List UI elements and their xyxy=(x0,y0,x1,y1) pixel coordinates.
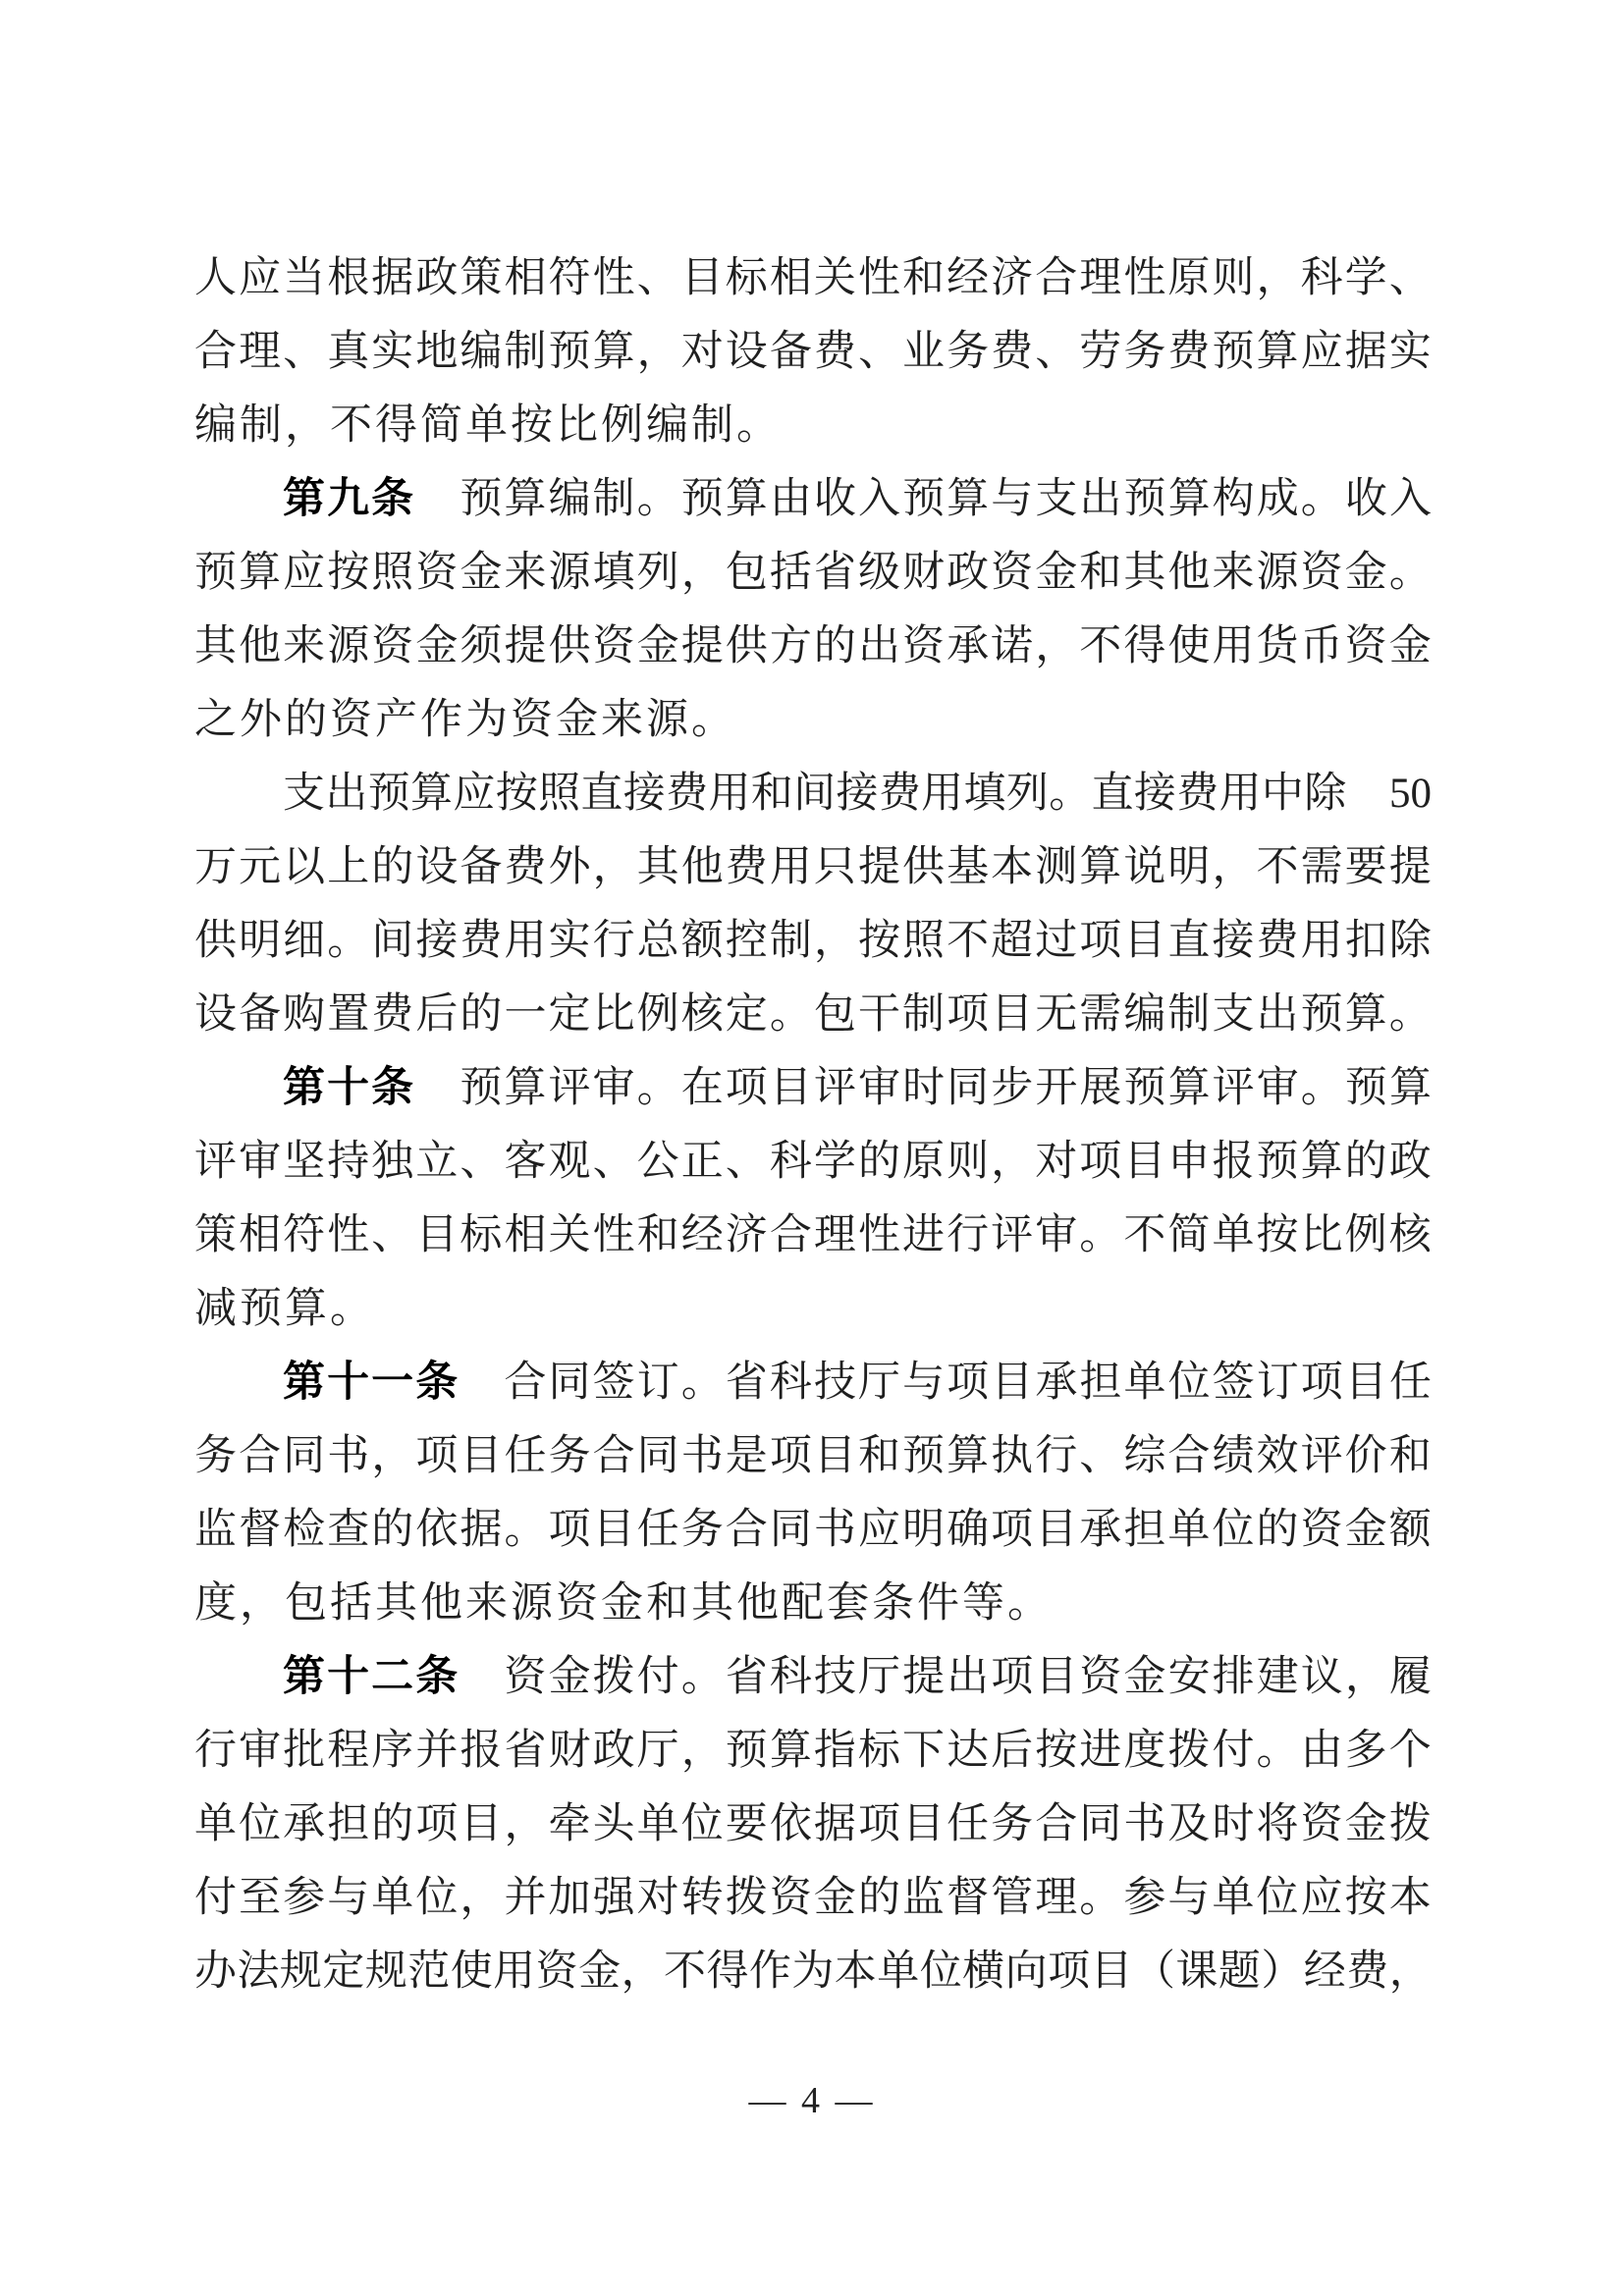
text-line: 单位承担的项目，牵头单位要依据项目任务合同书及时将资金拨 xyxy=(194,1788,1432,1861)
text-line: 之外的资产作为资金来源。 xyxy=(194,683,1432,757)
text-line: 第九条 预算编制。预算由收入预算与支出预算构成。收入 xyxy=(194,462,1432,536)
text-line: 办法规定规范使用资金，不得作为本单位横向项目（课题）经费， xyxy=(194,1935,1432,2008)
text-line: 减预算。 xyxy=(194,1272,1432,1346)
text-line: 度，包括其他来源资金和其他配套条件等。 xyxy=(194,1567,1432,1640)
page-number: — 4 — xyxy=(749,2080,876,2121)
text-line: 编制，不得简单按比例编制。 xyxy=(194,389,1432,462)
text-line: 付至参与单位，并加强对转拨资金的监督管理。参与单位应按本 xyxy=(194,1861,1432,1935)
text-line: 第十条 预算评审。在项目评审时同步开展预算评审。预算 xyxy=(194,1051,1432,1125)
text-line: 万元以上的设备费外，其他费用只提供基本测算说明，不需要提 xyxy=(194,830,1432,904)
text-line: 策相符性、目标相关性和经济合理性进行评审。不简单按比例核 xyxy=(194,1199,1432,1272)
text-line: 预算应按照资金来源填列，包括省级财政资金和其他来源资金。 xyxy=(194,536,1432,610)
text-line: 供明细。间接费用实行总额控制，按照不超过项目直接费用扣除 xyxy=(194,904,1432,978)
page-footer: — 4 — xyxy=(0,2079,1624,2122)
text-line: 支出预算应按照直接费用和间接费用填列。直接费用中除 50 xyxy=(194,757,1432,830)
text-line: 评审坚持独立、客观、公正、科学的原则，对项目申报预算的政 xyxy=(194,1125,1432,1199)
document-page: 人应当根据政策相符性、目标相关性和经济合理性原则，科学、合理、真实地编制预算，对… xyxy=(0,0,1624,2296)
text-line: 设备购置费后的一定比例核定。包干制项目无需编制支出预算。 xyxy=(194,978,1432,1051)
text-line: 行审批程序并报省财政厅，预算指标下达后按进度拨付。由多个 xyxy=(194,1714,1432,1788)
text-line: 人应当根据政策相符性、目标相关性和经济合理性原则，科学、 xyxy=(194,241,1432,315)
text-line: 务合同书，项目任务合同书是项目和预算执行、综合绩效评价和 xyxy=(194,1419,1432,1493)
text-block: 人应当根据政策相符性、目标相关性和经济合理性原则，科学、合理、真实地编制预算，对… xyxy=(194,241,1432,2008)
text-line: 合理、真实地编制预算，对设备费、业务费、劳务费预算应据实 xyxy=(194,315,1432,389)
text-line: 监督检查的依据。项目任务合同书应明确项目承担单位的资金额 xyxy=(194,1493,1432,1567)
text-line: 其他来源资金须提供资金提供方的出资承诺，不得使用货币资金 xyxy=(194,610,1432,683)
text-line: 第十二条 资金拨付。省科技厅提出项目资金安排建议，履 xyxy=(194,1640,1432,1714)
text-line: 第十一条 合同签订。省科技厅与项目承担单位签订项目任 xyxy=(194,1346,1432,1419)
